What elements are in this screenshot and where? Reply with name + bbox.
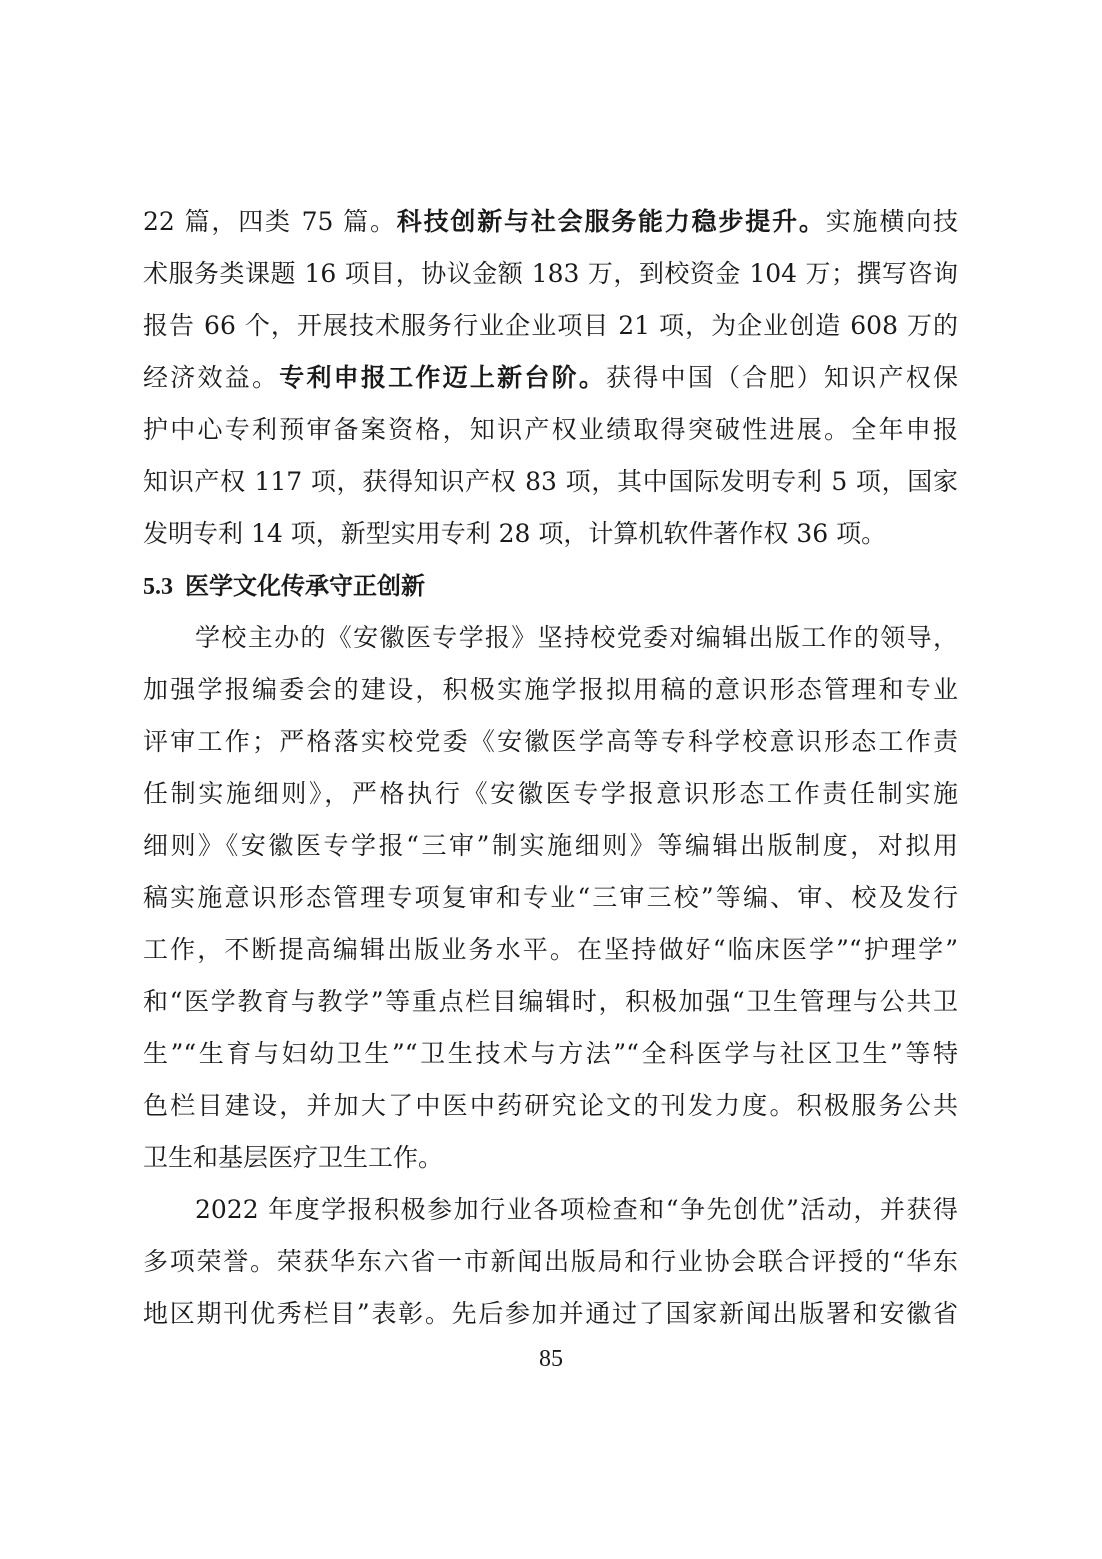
page-number: 85: [0, 1346, 1102, 1373]
text-line: 和“医学教育与教学”等重点栏目编辑时，积极加强“卫生管理与公共卫: [143, 976, 958, 1028]
text-line: 经济效益。专利申报工作迈上新台阶。获得中国（合肥）知识产权保: [143, 352, 958, 404]
section-number: 5.3: [143, 574, 173, 600]
text-line: 发明专利 14 项，新型实用专利 28 项，计算机软件著作权 36 项。: [143, 508, 958, 560]
text-run: 经济效益。: [143, 363, 279, 392]
text-line: 护中心专利预审备案资格，知识产权业绩取得突破性进展。全年申报: [143, 404, 958, 456]
text-line: 知识产权 117 项，获得知识产权 83 项，其中国际发明专利 5 项，国家: [143, 456, 958, 508]
text-line: 2022 年度学报积极参加行业各项检查和“争先创优”活动，并获得: [143, 1184, 958, 1236]
section-title: 医学文化传承守正创新: [185, 572, 425, 600]
text-line: 报告 66 个，开展技术服务行业企业项目 21 项，为企业创造 608 万的: [143, 300, 958, 352]
text-line: 加强学报编委会的建设，积极实施学报拟用稿的意识形态管理和专业: [143, 664, 958, 716]
text-run: 实施横向技: [826, 207, 958, 236]
section-heading: 5.3医学文化传承守正创新: [143, 560, 958, 612]
bold-lead-sentence: 科技创新与社会服务能力稳步提升。: [397, 207, 826, 236]
paragraph-journal-honors: 2022 年度学报积极参加行业各项检查和“争先创优”活动，并获得 多项荣誉。荣获…: [143, 1184, 958, 1340]
document-page-body: 22 篇，四类 75 篇。科技创新与社会服务能力稳步提升。实施横向技 术服务类课…: [143, 196, 958, 1340]
text-line: 任制实施细则》，严格执行《安徽医专学报意识形态工作责任制实施: [143, 768, 958, 820]
text-line: 22 篇，四类 75 篇。科技创新与社会服务能力稳步提升。实施横向技: [143, 196, 958, 248]
text-line: 多项荣誉。荣获华东六省一市新闻出版局和行业协会联合评授的“华东: [143, 1236, 958, 1288]
bold-lead-sentence: 专利申报工作迈上新台阶。: [279, 363, 606, 392]
text-line: 工作，不断提高编辑出版业务水平。在坚持做好“临床医学”“护理学”: [143, 924, 958, 976]
text-line: 评审工作；严格落实校党委《安徽医学高等专科学校意识形态工作责: [143, 716, 958, 768]
text-line: 学校主办的《安徽医专学报》坚持校党委对编辑出版工作的领导，: [143, 612, 958, 664]
text-run: 22 篇，四类 75 篇。: [143, 207, 397, 236]
text-line: 术服务类课题 16 项目，协议金额 183 万，到校资金 104 万；撰写咨询: [143, 248, 958, 300]
paragraph-journal: 学校主办的《安徽医专学报》坚持校党委对编辑出版工作的领导， 加强学报编委会的建设…: [143, 612, 958, 1184]
text-line: 卫生和基层医疗卫生工作。: [143, 1132, 958, 1184]
text-line: 细则》《安徽医专学报“三审”制实施细则》等编辑出版制度，对拟用: [143, 820, 958, 872]
paragraph-research-achievements: 22 篇，四类 75 篇。科技创新与社会服务能力稳步提升。实施横向技 术服务类课…: [143, 196, 958, 560]
text-line: 地区期刊优秀栏目”表彰。先后参加并通过了国家新闻出版署和安徽省: [143, 1288, 958, 1340]
text-run: 获得中国（合肥）知识产权保: [606, 363, 958, 392]
text-line: 生”“生育与妇幼卫生”“卫生技术与方法”“全科医学与社区卫生”等特: [143, 1028, 958, 1080]
text-line: 色栏目建设，并加大了中医中药研究论文的刊发力度。积极服务公共: [143, 1080, 958, 1132]
text-line: 稿实施意识形态管理专项复审和专业“三审三校”等编、审、校及发行: [143, 872, 958, 924]
